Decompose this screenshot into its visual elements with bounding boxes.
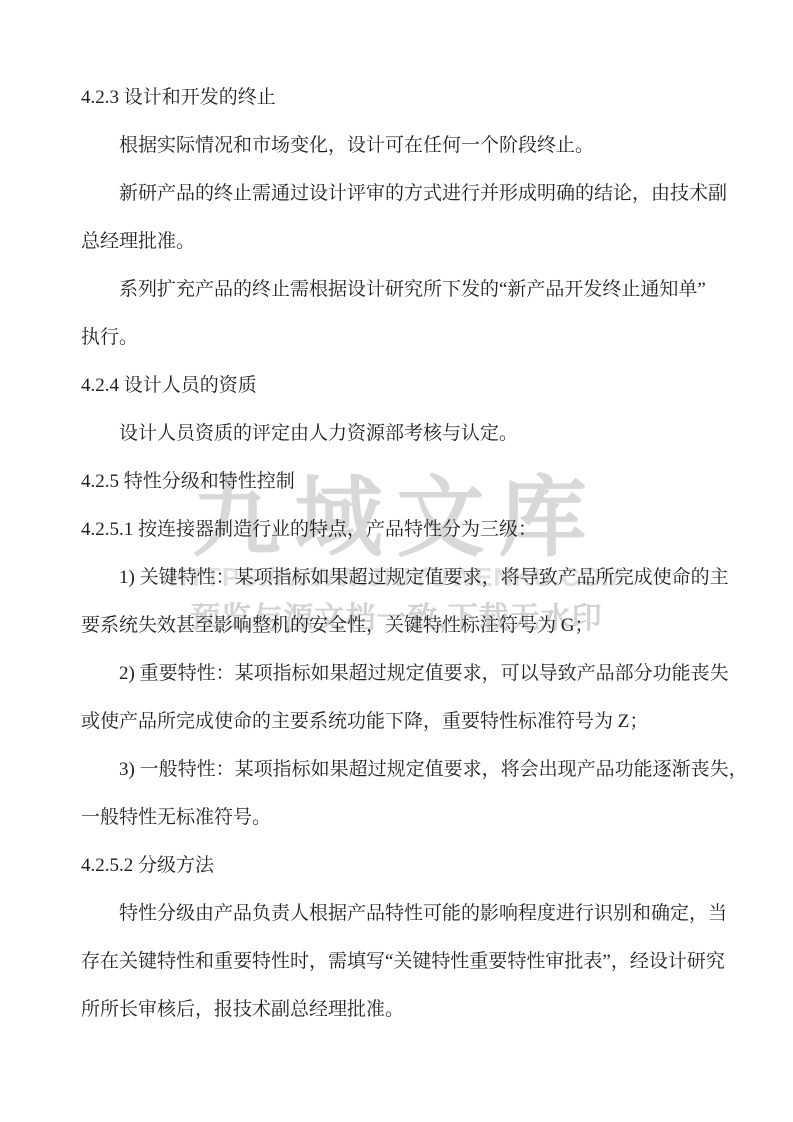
- heading-4-2-5: 4.2.5 特性分级和特性控制: [81, 458, 717, 506]
- list-item-1-line: 1) 关键特性：某项指标如果超过规定值要求，将导致产品所完成使命的主: [81, 554, 717, 602]
- heading-4-2-5-2: 4.2.5.2 分级方法: [81, 842, 717, 890]
- heading-4-2-3: 4.2.3 设计和开发的终止: [81, 74, 717, 122]
- list-item-3-line: 一般特性无标准符号。: [81, 794, 717, 842]
- paragraph-line: 存在关键特性和重要特性时，需填写“关键特性重要特性审批表”，经设计研究: [81, 938, 717, 986]
- paragraph-line: 执行。: [81, 314, 717, 362]
- paragraph-line: 系列扩充产品的终止需根据设计研究所下发的“新产品开发终止通知单”: [81, 266, 717, 314]
- paragraph-line: 所所长审核后，报技术副总经理批准。: [81, 986, 717, 1034]
- list-item-1-line: 要系统失效甚至影响整机的安全性，关键特性标注符号为 G；: [81, 602, 717, 650]
- paragraph-line: 设计人员资质的评定由人力资源部考核与认定。: [81, 410, 717, 458]
- list-item-3-line: 3) 一般特性：某项指标如果超过规定值要求，将会出现产品功能逐渐丧失，: [81, 746, 717, 794]
- list-item-2-line: 2) 重要特性：某项指标如果超过规定值要求，可以导致产品部分功能丧失: [81, 650, 717, 698]
- heading-4-2-5-1: 4.2.5.1 按连接器制造行业的特点，产品特性分为三级：: [81, 506, 717, 554]
- list-item-2-line: 或使产品所完成使命的主要系统功能下降，重要特性标准符号为 Z；: [81, 698, 717, 746]
- paragraph-line: 根据实际情况和市场变化，设计可在任何一个阶段终止。: [81, 122, 717, 170]
- heading-4-2-4: 4.2.4 设计人员的资质: [81, 362, 717, 410]
- paragraph-line: 新研产品的终止需通过设计评审的方式进行并形成明确的结论，由技术副: [81, 170, 717, 218]
- document-content: 4.2.3 设计和开发的终止 根据实际情况和市场变化，设计可在任何一个阶段终止。…: [81, 74, 717, 1034]
- paragraph-line: 总经理批准。: [81, 218, 717, 266]
- paragraph-line: 特性分级由产品负责人根据产品特性可能的影响程度进行识别和确定，当: [81, 890, 717, 938]
- document-page: 九域文库 HTTPS://WWW.JIUYUWENKU.COM 预览与源文档一致…: [0, 0, 793, 1122]
